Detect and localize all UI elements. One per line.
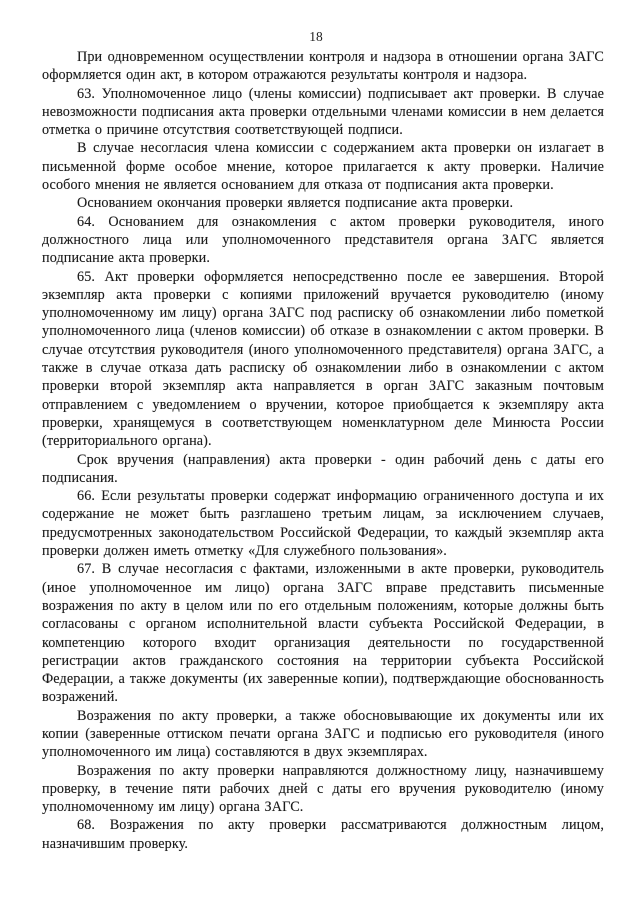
paragraph: 67. В случае несогласия с фактами, излож… <box>42 560 604 706</box>
paragraph: Основанием окончания проверки является п… <box>42 194 604 212</box>
paragraph: Возражения по акту проверки направляются… <box>42 762 604 817</box>
document-text: При одновременном осуществлении контроля… <box>42 48 604 853</box>
paragraph: В случае несогласия члена комиссии с сод… <box>42 139 604 194</box>
paragraph: 68. Возражения по акту проверки рассматр… <box>42 816 604 853</box>
paragraph: 65. Акт проверки оформляется непосредств… <box>42 268 604 451</box>
paragraph: Возражения по акту проверки, а также обо… <box>42 707 604 762</box>
paragraph: 63. Уполномоченное лицо (члены комиссии)… <box>42 85 604 140</box>
page-number: 18 <box>0 29 632 45</box>
paragraph: 66. Если результаты проверки содержат ин… <box>42 487 604 560</box>
paragraph: 64. Основанием для ознакомления с актом … <box>42 213 604 268</box>
paragraph: Срок вручения (направления) акта проверк… <box>42 451 604 488</box>
paragraph: При одновременном осуществлении контроля… <box>42 48 604 85</box>
document-page: 18 При одновременном осуществлении контр… <box>0 0 640 905</box>
